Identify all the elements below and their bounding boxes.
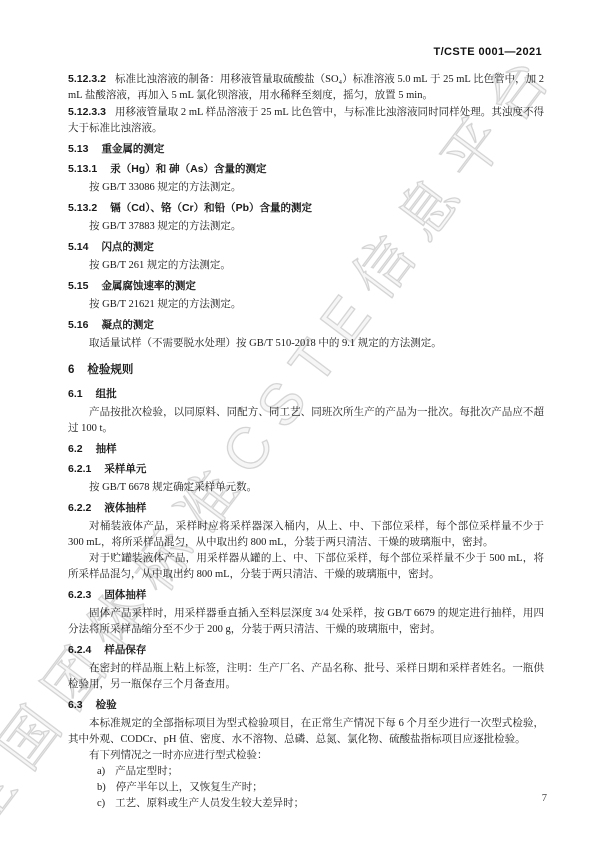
clause-text: 用移液管量取 2 mL 样品溶液于 25 mL 比色管中，与标准比浊溶液同时同样… (68, 107, 544, 134)
heading-number: 6.3 (68, 699, 83, 711)
body-paragraph: 按 GB/T 37883 规定的方法测定。 (68, 219, 544, 235)
body-paragraph: 按 GB/T 21621 规定的方法测定。 (68, 297, 544, 313)
list-item: c)工艺、原料或生产人员发生较大差异时； (97, 796, 544, 812)
clause-paragraph: 5.12.3.2标准比浊溶液的制备：用移液管量取硫酸盐（SO₄）标准溶液 5.0… (68, 71, 544, 104)
heading-number: 6.1 (68, 388, 83, 400)
list-item-text: 工艺、原料或生产人员发生较大差异时； (115, 798, 304, 809)
section-heading: 6.2抽样 (68, 441, 544, 457)
heading-title: 检验规则 (87, 364, 133, 376)
document-content: 5.12.3.2标准比浊溶液的制备：用移液管量取硫酸盐（SO₄）标准溶液 5.0… (0, 58, 600, 812)
heading-title: 凝点的测定 (101, 319, 154, 331)
section-heading: 5.16凝点的测定 (68, 317, 544, 333)
body-paragraph: 对于贮罐装液体产品，用采样器从罐的上、中、下部位采样，每个部位采样量不少于 50… (68, 551, 544, 583)
heading-number: 5.13.2 (68, 202, 97, 214)
list-item: a)产品定型时； (97, 764, 544, 780)
heading-title: 汞（Hg）和 砷（As）含量的测定 (110, 163, 266, 175)
heading-number: 5.13.1 (68, 163, 97, 175)
section-heading: 5.14闪点的测定 (68, 239, 544, 255)
heading-title: 采样单元 (104, 463, 146, 475)
heading-number: 6 (68, 364, 74, 376)
heading-title: 组批 (96, 388, 117, 400)
subsection-heading: 5.13.1汞（Hg）和 砷（As）含量的测定 (68, 161, 544, 177)
clause-number: 5.12.3.2 (68, 73, 106, 85)
section-heading: 6.3检验 (68, 697, 544, 713)
heading-number: 6.2.4 (68, 644, 91, 656)
heading-title: 金属腐蚀速率的测定 (101, 280, 196, 292)
standard-document-page: 全国团体标准CSTE信息平台 T/CSTE 0001—2021 5.12.3.2… (0, 0, 600, 848)
subsection-heading: 6.2.1采样单元 (68, 461, 544, 477)
heading-number: 6.2.1 (68, 463, 91, 475)
heading-title: 抽样 (96, 443, 117, 455)
clause-text: 标准比浊溶液的制备：用移液管量取硫酸盐（SO₄）标准溶液 5.0 mL 于 25… (68, 74, 544, 101)
list-item-text: 停产半年以上，又恢复生产时； (116, 782, 263, 793)
heading-title: 重金属的测定 (101, 143, 164, 155)
heading-title: 镉（Cd）、铬（Cr）和铅（Pb）含量的测定 (110, 202, 312, 214)
list-item-label: c) (97, 798, 105, 809)
section-heading: 5.15金属腐蚀速率的测定 (68, 278, 544, 294)
heading-number: 6.2.2 (68, 502, 91, 514)
heading-title: 固体抽样 (104, 589, 146, 601)
body-paragraph: 本标准规定的全部指标项目为型式检验项目，在正常生产情况下每 6 个月至少进行一次… (68, 716, 544, 748)
heading-number: 5.16 (68, 319, 88, 331)
heading-title: 检验 (96, 699, 117, 711)
body-paragraph: 按 GB/T 6678 规定确定采样单元数。 (68, 480, 544, 496)
heading-title: 液体抽样 (104, 502, 146, 514)
subsection-heading: 5.13.2镉（Cd）、铬（Cr）和铅（Pb）含量的测定 (68, 200, 544, 216)
section-heading: 5.13重金属的测定 (68, 141, 544, 157)
list-item-label: a) (97, 766, 105, 777)
heading-number: 5.13 (68, 143, 88, 155)
doc-number: T/CSTE 0001—2021 (433, 46, 542, 58)
heading-number: 6.2 (68, 443, 83, 455)
heading-number: 5.14 (68, 241, 88, 253)
page-number: 7 (542, 793, 547, 804)
body-paragraph: 取适量试样（不需要脱水处理）按 GB/T 510-2018 中的 9.1 规定的… (68, 336, 544, 352)
page-header: T/CSTE 0001—2021 (0, 0, 600, 58)
body-paragraph: 按 GB/T 33086 规定的方法测定。 (68, 180, 544, 196)
chapter-heading: 6检验规则 (68, 362, 544, 378)
body-paragraph: 在密封的样品瓶上粘上标签，注明：生产厂名、产品名称、批号、采样日期和采样者姓名。… (68, 661, 544, 693)
body-paragraph: 对桶装液体产品，采样时应将采样器深入桶内，从上、中、下部位采样，每个部位采样量不… (68, 519, 544, 551)
subsection-heading: 6.2.2液体抽样 (68, 500, 544, 516)
section-heading: 6.1组批 (68, 386, 544, 402)
subsection-heading: 6.2.4样品保存 (68, 642, 544, 658)
heading-title: 闪点的测定 (101, 241, 154, 253)
heading-number: 5.15 (68, 280, 88, 292)
list-item-label: b) (97, 782, 106, 793)
body-paragraph: 有下列情况之一时亦应进行型式检验： (68, 748, 544, 764)
body-paragraph: 固体产品采样时，用采样器垂直插入至料层深度 3/4 处采样，按 GB/T 667… (68, 606, 544, 638)
heading-title: 样品保存 (104, 644, 146, 656)
heading-number: 6.2.3 (68, 589, 91, 601)
body-paragraph: 产品按批次检验，以同原料、同配方、同工艺、同班次所生产的产品为一批次。每批次产品… (68, 405, 544, 437)
clause-paragraph: 5.12.3.3用移液管量取 2 mL 样品溶液于 25 mL 比色管中，与标准… (68, 104, 544, 137)
list-item: b)停产半年以上，又恢复生产时； (97, 780, 544, 796)
subsection-heading: 6.2.3固体抽样 (68, 587, 544, 603)
clause-number: 5.12.3.3 (68, 106, 106, 118)
list-item-text: 产品定型时； (115, 766, 178, 777)
body-paragraph: 按 GB/T 261 规定的方法测定。 (68, 258, 544, 274)
